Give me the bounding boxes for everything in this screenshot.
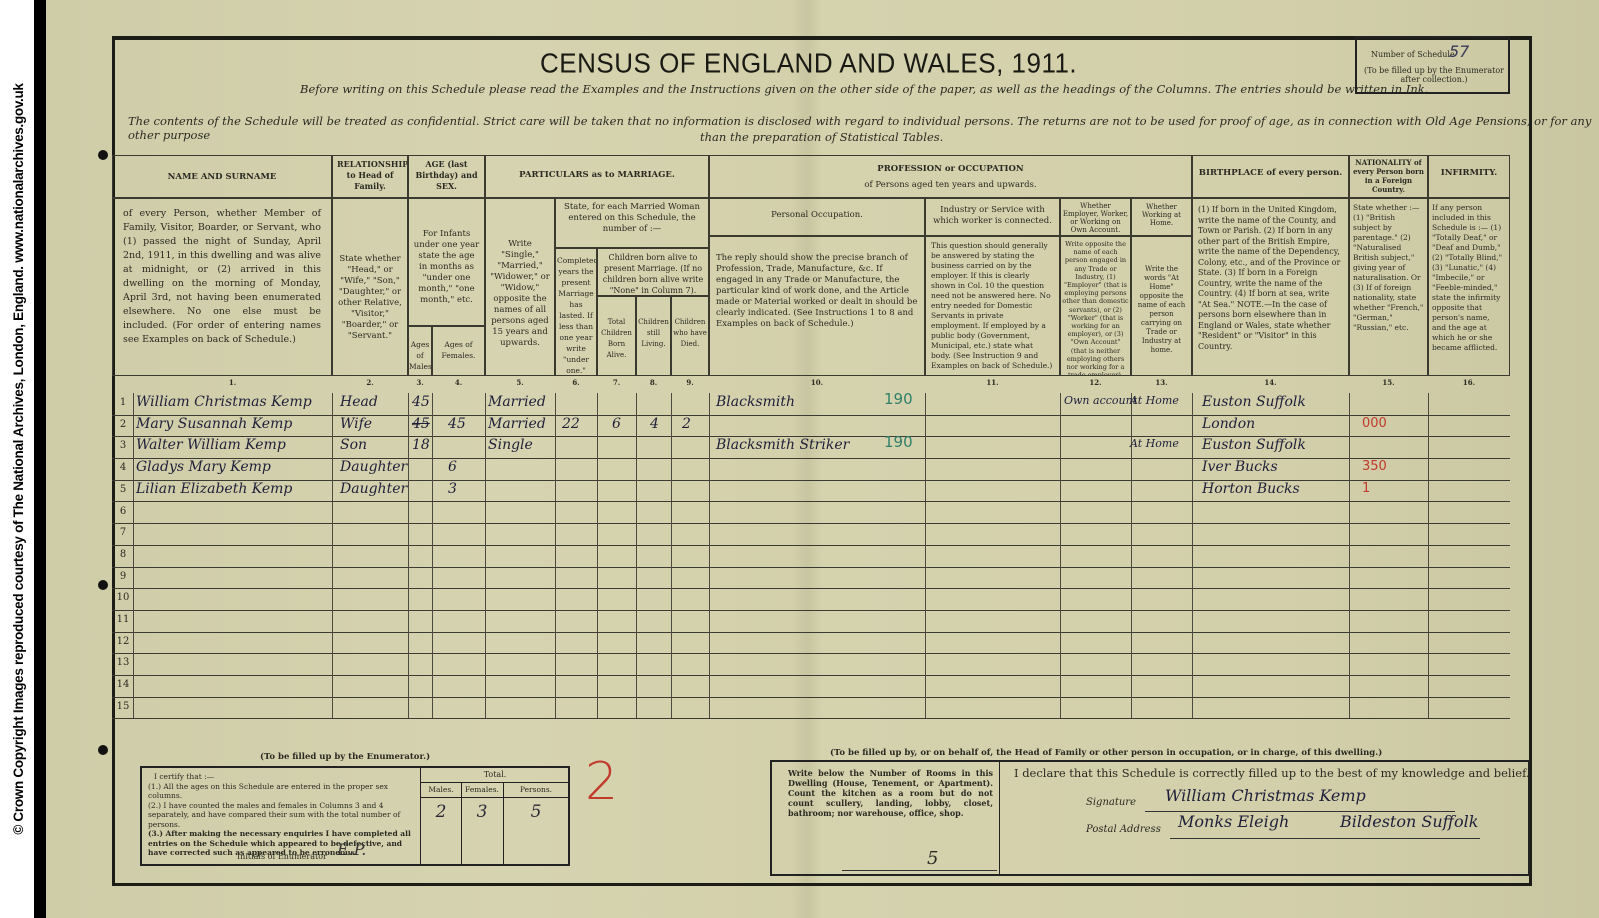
cell-relationship: Daughter bbox=[340, 459, 407, 475]
column-divider bbox=[1192, 610, 1193, 632]
column-divider bbox=[671, 523, 672, 545]
red-annotation: 2 bbox=[585, 752, 618, 812]
cell-years-married: 22 bbox=[562, 416, 580, 432]
column-divider bbox=[332, 502, 333, 524]
header-marriage: PARTICULARS as to MARRIAGE. bbox=[485, 155, 709, 198]
table-row: 11 bbox=[112, 610, 1510, 633]
column-divider bbox=[597, 632, 598, 654]
column-divider bbox=[555, 436, 556, 458]
column-divider bbox=[597, 653, 598, 675]
column-divider bbox=[1060, 632, 1061, 654]
column-divider bbox=[1349, 436, 1350, 458]
column-divider bbox=[432, 675, 433, 697]
rooms-instructions: Write below the Number of Rooms in this … bbox=[788, 768, 993, 818]
header-personal-occupation-desc: The reply should show the precise branch… bbox=[709, 236, 925, 376]
cell-birthplace: London bbox=[1202, 416, 1255, 432]
cell-marital-status: Married bbox=[488, 416, 546, 432]
postal-address-line2: Bildeston Suffolk bbox=[1340, 812, 1478, 831]
column-divider bbox=[709, 523, 710, 545]
column-divider bbox=[1060, 545, 1061, 567]
schedule-number-note: (To be filled up by the Enumerator after… bbox=[1361, 66, 1507, 84]
column-divider bbox=[332, 675, 333, 697]
column-divider bbox=[709, 610, 710, 632]
column-divider bbox=[636, 697, 637, 719]
header-employer-desc: Write opposite the name of each person e… bbox=[1060, 236, 1131, 376]
column-divider bbox=[925, 653, 926, 675]
column-divider bbox=[332, 567, 333, 589]
column-divider bbox=[925, 632, 926, 654]
column-divider bbox=[432, 567, 433, 589]
column-divider bbox=[1131, 502, 1132, 524]
column-divider bbox=[1428, 393, 1429, 415]
column-divider bbox=[709, 545, 710, 567]
cell-age-male: 18 bbox=[412, 437, 430, 453]
column-divider bbox=[555, 458, 556, 480]
column-divider bbox=[1349, 653, 1350, 675]
table-row: 14 bbox=[112, 675, 1510, 698]
cell-age-female: 3 bbox=[448, 481, 457, 497]
column-divider bbox=[636, 458, 637, 480]
colnum-12: 12. bbox=[1060, 378, 1131, 391]
row-number: 11 bbox=[114, 614, 132, 625]
column-divider bbox=[485, 436, 486, 458]
column-divider bbox=[1131, 567, 1132, 589]
column-divider bbox=[485, 458, 486, 480]
header-relationship: RELATIONSHIP to Head of Family. bbox=[332, 155, 408, 198]
cell-name: Lilian Elizabeth Kemp bbox=[136, 481, 292, 497]
table-row: 15 bbox=[112, 697, 1510, 720]
column-divider bbox=[555, 523, 556, 545]
column-divider bbox=[925, 436, 926, 458]
column-divider bbox=[408, 588, 409, 610]
column-divider bbox=[1131, 588, 1132, 610]
header-name: NAME AND SURNAME bbox=[112, 155, 332, 198]
column-divider bbox=[408, 610, 409, 632]
column-divider bbox=[1131, 480, 1132, 502]
enumerator-title: (To be filled up by the Enumerator.) bbox=[260, 752, 430, 762]
household-section-title: (To be filled up by, or on behalf of, th… bbox=[830, 748, 1382, 758]
schedule-number-value: 57 bbox=[1449, 42, 1469, 61]
column-divider bbox=[332, 480, 333, 502]
colnum-3: 3. bbox=[408, 378, 432, 391]
column-divider bbox=[408, 523, 409, 545]
column-divider bbox=[1349, 458, 1350, 480]
row-number: 7 bbox=[114, 527, 132, 538]
cell-nationality-code: 350 bbox=[1362, 459, 1387, 474]
cell-children-died: 2 bbox=[682, 416, 691, 432]
column-divider bbox=[432, 632, 433, 654]
column-divider bbox=[555, 675, 556, 697]
column-divider bbox=[1349, 393, 1350, 415]
colnum-1: 1. bbox=[133, 378, 332, 391]
column-divider bbox=[671, 393, 672, 415]
cell-working-at-home: At Home bbox=[1130, 437, 1179, 450]
column-divider bbox=[408, 436, 409, 458]
colnum-2: 2. bbox=[332, 378, 408, 391]
row-number: 8 bbox=[114, 549, 132, 560]
column-divider bbox=[133, 675, 134, 697]
header-children-died: Children who have Died. bbox=[671, 296, 709, 376]
column-divider bbox=[597, 436, 598, 458]
column-divider bbox=[555, 545, 556, 567]
cell-birthplace: Euston Suffolk bbox=[1202, 437, 1306, 453]
column-divider bbox=[1060, 567, 1061, 589]
cell-age-male: 45 bbox=[412, 416, 430, 432]
cell-occupation-code: 190 bbox=[884, 433, 913, 451]
colnum-5: 5. bbox=[485, 378, 555, 391]
column-divider bbox=[1349, 545, 1350, 567]
column-divider bbox=[408, 393, 409, 415]
column-divider bbox=[555, 610, 556, 632]
column-divider bbox=[133, 480, 134, 502]
column-divider bbox=[1428, 653, 1429, 675]
totals-females: Females.3 bbox=[461, 782, 504, 864]
form-title: CENSUS OF ENGLAND AND WALES, 1911. bbox=[540, 47, 1077, 80]
intro-statistical: than the preparation of Statistical Tabl… bbox=[700, 130, 943, 144]
column-divider bbox=[671, 502, 672, 524]
column-divider bbox=[408, 415, 409, 437]
column-divider bbox=[133, 632, 134, 654]
table-row: 1William Christmas KempHead45MarriedBlac… bbox=[112, 393, 1510, 416]
column-divider bbox=[408, 653, 409, 675]
schedule-number-label: Number of Schedule bbox=[1371, 50, 1455, 59]
table-row: 3Walter William KempSon18SingleBlacksmit… bbox=[112, 436, 1510, 459]
column-divider bbox=[636, 567, 637, 589]
column-divider bbox=[709, 415, 710, 437]
header-occupation-subtitle: of Persons aged ten years and upwards. bbox=[709, 180, 1192, 190]
column-divider bbox=[925, 393, 926, 415]
intro-instructions: Before writing on this Schedule please r… bbox=[300, 82, 1428, 96]
column-divider bbox=[597, 697, 598, 719]
column-divider bbox=[671, 458, 672, 480]
column-divider bbox=[1131, 610, 1132, 632]
column-divider bbox=[485, 502, 486, 524]
column-divider bbox=[636, 545, 637, 567]
column-divider bbox=[1192, 393, 1193, 415]
column-divider bbox=[709, 458, 710, 480]
column-divider bbox=[1131, 653, 1132, 675]
column-divider bbox=[332, 545, 333, 567]
column-divider bbox=[1349, 632, 1350, 654]
row-number: 15 bbox=[114, 701, 132, 712]
signature-label: Signature bbox=[1086, 797, 1136, 808]
column-divider bbox=[1349, 480, 1350, 502]
column-divider bbox=[1349, 415, 1350, 437]
colnum-15: 15. bbox=[1349, 378, 1428, 391]
column-divider bbox=[1131, 675, 1132, 697]
cell-working-at-home: At Home bbox=[1130, 394, 1179, 407]
table-row: 12 bbox=[112, 632, 1510, 655]
column-divider bbox=[1349, 523, 1350, 545]
declaration-text: I declare that this Schedule is correctl… bbox=[1014, 766, 1530, 780]
column-divider bbox=[133, 458, 134, 480]
column-divider bbox=[133, 436, 134, 458]
column-divider bbox=[1060, 480, 1061, 502]
column-divider bbox=[925, 415, 926, 437]
column-divider bbox=[925, 675, 926, 697]
header-birthplace-desc: (1) If born in the United Kingdom, write… bbox=[1192, 198, 1349, 376]
column-divider bbox=[485, 545, 486, 567]
column-divider bbox=[432, 393, 433, 415]
column-divider bbox=[408, 632, 409, 654]
column-divider bbox=[1349, 610, 1350, 632]
header-age-desc: For Infants under one year state the age… bbox=[408, 198, 485, 326]
table-row: 13 bbox=[112, 653, 1510, 676]
column-divider bbox=[597, 480, 598, 502]
column-divider bbox=[1192, 480, 1193, 502]
column-divider bbox=[332, 523, 333, 545]
cell-marital-status: Married bbox=[488, 394, 546, 410]
colnum-9: 9. bbox=[671, 378, 709, 391]
column-divider bbox=[1349, 588, 1350, 610]
column-divider bbox=[671, 632, 672, 654]
cell-nationality-code: 000 bbox=[1362, 416, 1387, 431]
enumerator-certificate: I certify that :— (1.) All the ages on t… bbox=[140, 766, 570, 866]
column-divider bbox=[485, 653, 486, 675]
column-divider bbox=[408, 567, 409, 589]
cell-occupation: Blacksmith bbox=[716, 394, 795, 410]
column-divider bbox=[709, 653, 710, 675]
punch-hole bbox=[98, 745, 108, 755]
column-divider bbox=[709, 480, 710, 502]
column-divider bbox=[332, 588, 333, 610]
table-row: 7 bbox=[112, 523, 1510, 546]
column-divider bbox=[408, 675, 409, 697]
column-divider bbox=[555, 393, 556, 415]
column-divider bbox=[485, 697, 486, 719]
postal-address-line1: Monks Eleigh bbox=[1178, 812, 1289, 831]
copyright-credit: © Crown Copyright Images reproduced cour… bbox=[11, 19, 33, 899]
column-divider bbox=[408, 545, 409, 567]
column-divider bbox=[432, 545, 433, 567]
column-divider bbox=[432, 653, 433, 675]
header-marriage-write: Write "Single," "Married," "Widower," or… bbox=[485, 198, 555, 376]
column-divider bbox=[332, 458, 333, 480]
column-divider bbox=[1192, 675, 1193, 697]
column-divider bbox=[1131, 415, 1132, 437]
colnum-6: 6. bbox=[555, 378, 597, 391]
cell-age-female: 45 bbox=[448, 416, 466, 432]
totals-males: Males.2 bbox=[421, 782, 462, 864]
header-age-females: Ages of Females. bbox=[432, 326, 485, 376]
cell-birthplace: Horton Bucks bbox=[1202, 481, 1300, 497]
header-name-desc: of every Person, whether Member of Famil… bbox=[112, 198, 332, 376]
row-number: 4 bbox=[114, 462, 132, 473]
column-divider bbox=[636, 502, 637, 524]
column-divider bbox=[636, 415, 637, 437]
column-divider bbox=[597, 415, 598, 437]
row-number: 2 bbox=[114, 419, 132, 430]
column-divider bbox=[432, 480, 433, 502]
column-divider bbox=[332, 697, 333, 719]
column-divider bbox=[408, 480, 409, 502]
column-divider bbox=[332, 393, 333, 415]
column-divider bbox=[1192, 632, 1193, 654]
header-industry-desc: This question should generally be answer… bbox=[925, 236, 1060, 376]
column-divider bbox=[925, 588, 926, 610]
header-nationality-desc: State whether :— (1) "British subject by… bbox=[1349, 198, 1428, 376]
column-divider bbox=[671, 675, 672, 697]
header-athome-desc: Write the words "At Home" opposite the n… bbox=[1131, 236, 1192, 376]
table-row: 10 bbox=[112, 588, 1510, 611]
column-divider bbox=[555, 567, 556, 589]
cell-occupation: Blacksmith Striker bbox=[716, 437, 849, 453]
column-divider bbox=[485, 632, 486, 654]
header-age-males: Ages of Males. bbox=[408, 326, 432, 376]
column-divider bbox=[485, 393, 486, 415]
column-divider bbox=[432, 697, 433, 719]
column-divider bbox=[636, 653, 637, 675]
column-divider bbox=[133, 653, 134, 675]
column-divider bbox=[555, 632, 556, 654]
column-divider bbox=[636, 393, 637, 415]
punch-hole bbox=[98, 150, 108, 160]
header-total-children: Total Children Born Alive. bbox=[597, 296, 636, 376]
cell-children-living: 4 bbox=[650, 416, 659, 432]
column-divider bbox=[1060, 415, 1061, 437]
colnum-4: 4. bbox=[432, 378, 485, 391]
copyright-sidebar: © Crown Copyright Images reproduced cour… bbox=[0, 0, 46, 918]
column-divider bbox=[485, 610, 486, 632]
column-divider bbox=[709, 436, 710, 458]
column-divider bbox=[597, 567, 598, 589]
column-divider bbox=[1131, 632, 1132, 654]
rooms-count: 5 bbox=[927, 848, 938, 869]
table-row: 6 bbox=[112, 502, 1510, 525]
column-divider bbox=[408, 502, 409, 524]
column-divider bbox=[1060, 436, 1061, 458]
column-divider bbox=[1428, 697, 1429, 719]
column-divider bbox=[1428, 415, 1429, 437]
schedule-number-box: Number of Schedule 57 (To be filled up b… bbox=[1355, 36, 1510, 94]
column-divider bbox=[133, 610, 134, 632]
column-divider bbox=[597, 675, 598, 697]
column-divider bbox=[332, 436, 333, 458]
column-divider bbox=[133, 415, 134, 437]
scan-edge bbox=[34, 0, 46, 918]
column-divider bbox=[1349, 697, 1350, 719]
column-divider bbox=[597, 523, 598, 545]
column-divider bbox=[133, 697, 134, 719]
cell-name: Walter William Kemp bbox=[136, 437, 286, 453]
column-divider bbox=[671, 610, 672, 632]
column-divider bbox=[709, 632, 710, 654]
column-divider bbox=[1428, 545, 1429, 567]
column-divider bbox=[133, 393, 134, 415]
cell-nationality-code: 1 bbox=[1362, 481, 1370, 496]
column-divider bbox=[1192, 436, 1193, 458]
column-divider bbox=[432, 523, 433, 545]
colnum-13: 13. bbox=[1131, 378, 1192, 391]
postal-address-label: Postal Address bbox=[1086, 824, 1161, 835]
row-number: 14 bbox=[114, 679, 132, 690]
enumerator-section: (To be filled up by the Enumerator.) I c… bbox=[140, 752, 635, 867]
cell-age-female: 6 bbox=[448, 459, 457, 475]
column-divider bbox=[555, 480, 556, 502]
column-divider bbox=[1192, 523, 1193, 545]
column-divider bbox=[671, 567, 672, 589]
totals-table: Total. Males.2 Females.3 Persons.5 bbox=[420, 768, 569, 864]
column-divider bbox=[1428, 436, 1429, 458]
column-divider bbox=[432, 588, 433, 610]
column-divider bbox=[1060, 675, 1061, 697]
column-divider bbox=[1349, 502, 1350, 524]
header-relationship-desc: State whether "Head," or "Wife," "Son," … bbox=[332, 198, 408, 376]
column-divider bbox=[332, 653, 333, 675]
address-line bbox=[1170, 838, 1480, 839]
row-number: 3 bbox=[114, 440, 132, 451]
column-divider bbox=[636, 610, 637, 632]
column-divider bbox=[671, 545, 672, 567]
cell-relationship: Daughter bbox=[340, 481, 407, 497]
column-divider bbox=[1192, 415, 1193, 437]
column-divider bbox=[671, 653, 672, 675]
cell-relationship: Wife bbox=[340, 416, 372, 432]
cell-age-male: 45 bbox=[412, 394, 430, 410]
column-divider bbox=[1060, 588, 1061, 610]
column-divider bbox=[1192, 567, 1193, 589]
cell-birthplace: Euston Suffolk bbox=[1202, 394, 1306, 410]
column-divider bbox=[925, 545, 926, 567]
column-divider bbox=[597, 545, 598, 567]
enumerator-initials: E.P. bbox=[337, 840, 366, 859]
column-divider bbox=[432, 610, 433, 632]
column-divider bbox=[1428, 523, 1429, 545]
column-divider bbox=[925, 697, 926, 719]
column-divider bbox=[597, 588, 598, 610]
row-number: 5 bbox=[114, 484, 132, 495]
column-divider bbox=[709, 697, 710, 719]
column-divider bbox=[332, 632, 333, 654]
column-divider bbox=[1428, 632, 1429, 654]
column-divider bbox=[925, 502, 926, 524]
row-number: 1 bbox=[114, 397, 132, 408]
table-row: 5Lilian Elizabeth KempDaughter3Horton Bu… bbox=[112, 480, 1510, 503]
column-divider bbox=[485, 415, 486, 437]
column-divider bbox=[636, 588, 637, 610]
column-divider bbox=[925, 480, 926, 502]
column-divider bbox=[1060, 393, 1061, 415]
column-divider bbox=[636, 632, 637, 654]
table-row: 4Gladys Mary KempDaughter6Iver Bucks350 bbox=[112, 458, 1510, 481]
column-divider bbox=[709, 588, 710, 610]
cell-birthplace: Iver Bucks bbox=[1202, 459, 1278, 475]
column-divider bbox=[1428, 675, 1429, 697]
column-divider bbox=[133, 523, 134, 545]
colnum-11: 11. bbox=[925, 378, 1060, 391]
cell-name: Gladys Mary Kemp bbox=[136, 459, 271, 475]
header-marriage-children: Children born alive to present Marriage.… bbox=[597, 248, 709, 296]
cell-relationship: Head bbox=[340, 394, 378, 410]
cell-children-total: 6 bbox=[612, 416, 621, 432]
column-divider bbox=[597, 610, 598, 632]
column-divider bbox=[636, 480, 637, 502]
column-divider bbox=[671, 480, 672, 502]
enumerator-initials-label: Initials of Enumerator bbox=[237, 852, 327, 861]
table-row: 8 bbox=[112, 545, 1510, 568]
column-divider bbox=[1428, 567, 1429, 589]
cell-employer-status: Own account bbox=[1064, 394, 1137, 407]
column-divider bbox=[1192, 653, 1193, 675]
column-divider bbox=[925, 610, 926, 632]
cell-relationship: Son bbox=[340, 437, 367, 453]
column-divider bbox=[1060, 610, 1061, 632]
column-divider bbox=[485, 588, 486, 610]
column-divider bbox=[1131, 523, 1132, 545]
declaration-box: I declare that this Schedule is correctl… bbox=[1000, 760, 1530, 876]
column-divider bbox=[485, 480, 486, 502]
column-divider bbox=[432, 415, 433, 437]
